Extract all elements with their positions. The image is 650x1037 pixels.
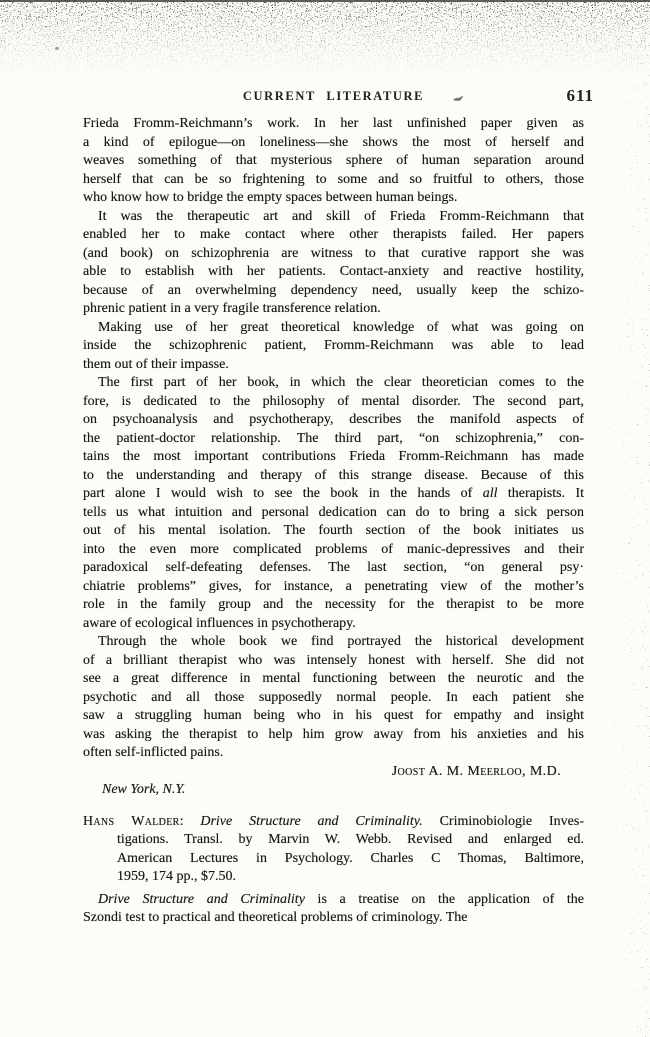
ink-speck	[55, 47, 59, 50]
text-line: Frieda Fromm-Reichmann’s work. In her la…	[83, 115, 584, 134]
text-line: out of his mental isolation. The fourth …	[83, 522, 584, 541]
text-line: The first part of her book, in which the…	[83, 374, 584, 393]
text-line: (and book) on schizophrenia are witness …	[83, 245, 584, 264]
scan-noise-right	[595, 0, 650, 1037]
scanned-journal-page: CURRENT LITERATURE 611 Frieda Fromm-Reic…	[0, 0, 650, 1037]
page-number: 611	[566, 86, 594, 106]
text-line: It was the therapeutic art and skill of …	[83, 208, 584, 227]
text-line: Szondi test to practical and theoretical…	[83, 909, 584, 928]
paragraph: Making use of her great theoretical know…	[83, 319, 584, 375]
text-line: weaves something of that mysterious sphe…	[83, 152, 584, 171]
paragraph: Drive Structure and Criminality is a tre…	[83, 891, 584, 928]
text-line: able to establish with her patients. Con…	[83, 263, 584, 282]
text-line: of a brilliant therapist who was intense…	[83, 652, 584, 671]
text-line: was asking the therapist to help him gro…	[83, 726, 584, 745]
paragraph: It was the therapeutic art and skill of …	[83, 208, 584, 319]
text-line: part alone I would wish to see the book …	[83, 485, 584, 504]
text-line: often self-inflicted pains.	[83, 744, 584, 763]
text-line: enabled her to make contact where other …	[83, 226, 584, 245]
text-line: tains the most important contributions F…	[83, 448, 584, 467]
running-title: CURRENT LITERATURE	[83, 89, 584, 104]
text-line: them out of their impasse.	[83, 356, 584, 375]
text-line: on psychoanalysis and psychotherapy, des…	[83, 411, 584, 430]
paragraph: Frieda Fromm-Reichmann’s work. In her la…	[83, 115, 584, 208]
text-line: tells us what intuition and personal ded…	[83, 504, 584, 523]
text-line: 1959, 174 pp., $7.50.	[83, 868, 584, 887]
text-line: Through the whole book we find portrayed…	[83, 633, 584, 652]
text-line: paradoxical self-defeating defenses. The…	[83, 559, 584, 578]
text-line: because of an overwhelming dependency ne…	[83, 282, 584, 301]
text-line: see a great difference in mental functio…	[83, 670, 584, 689]
text-line: a kind of epilogue—on loneliness—she sho…	[83, 134, 584, 153]
text-line: American Lectures in Psychology. Charles…	[83, 850, 584, 869]
text-line: phrenic patient in a very fragile transf…	[83, 300, 584, 319]
text-line: Drive Structure and Criminality is a tre…	[83, 891, 584, 910]
text-line: to the understanding and therapy of this…	[83, 467, 584, 486]
text-line: psychotic and all those supposedly norma…	[83, 689, 584, 708]
text-line: tigations. Transl. by Marvin W. Webb. Re…	[83, 831, 584, 850]
scan-edge-line	[0, 0, 650, 2]
page-header: CURRENT LITERATURE 611	[83, 89, 584, 111]
text-line: Making use of her great theoretical know…	[83, 319, 584, 338]
ink-mark	[452, 94, 465, 103]
reference: Hans Walder: Drive Structure and Crimina…	[83, 813, 584, 887]
text-line: aware of ecological influences in psycho…	[83, 615, 584, 634]
text-line: the patient-doctor relationship. The thi…	[83, 430, 584, 449]
scan-noise-top	[0, 0, 650, 78]
text-line: saw a struggling human being who in his …	[83, 707, 584, 726]
text-line: role in the family group and the necessi…	[83, 596, 584, 615]
text-line: who know how to bridge the empty spaces …	[83, 189, 584, 208]
page-body: Frieda Fromm-Reichmann’s work. In her la…	[83, 115, 584, 928]
text-line: Hans Walder: Drive Structure and Crimina…	[83, 813, 584, 832]
byline: New York, N.Y.	[83, 781, 584, 800]
paragraph: The first part of her book, in which the…	[83, 374, 584, 633]
text-line: inside the schizophrenic patient, Fromm-…	[83, 337, 584, 356]
text-line: chiatrie problems” gives, for instance, …	[83, 578, 584, 597]
paragraph: Through the whole book we find portrayed…	[83, 633, 584, 763]
text-line: herself that can be so frightening to so…	[83, 171, 584, 190]
text-line: fore, is dedicated to the philosophy of …	[83, 393, 584, 412]
signature: Joost A. M. Meerloo, M.D.	[83, 763, 584, 782]
text-line: into the even more complicated problems …	[83, 541, 584, 560]
